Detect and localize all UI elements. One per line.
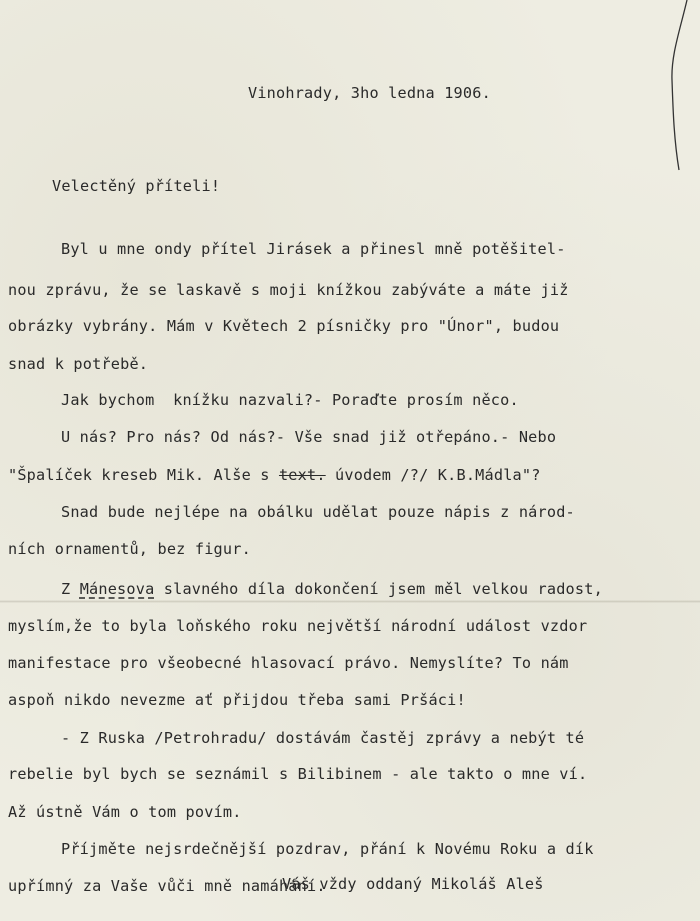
letter-dateline: Vinohrady, 3ho ledna 1906. — [248, 83, 491, 103]
letter-text: slavného díla dokončení jsem měl velkou … — [154, 580, 603, 598]
letter-line: - Z Ruska /Petrohradu/ dostávám častěj z… — [61, 728, 584, 748]
letter-line: myslím,že to byla loňského roku největší… — [8, 616, 587, 636]
letter-salutation: Velectěný příteli! — [52, 176, 220, 196]
letter-line: Byl u mne ondy přítel Jirásek a přinesl … — [61, 239, 566, 259]
letter-line: Jak bychom knížku nazvali?- Poraďte pros… — [61, 390, 519, 410]
letter-line: Snad bude nejlépe na obálku udělat pouze… — [61, 502, 575, 522]
letter-text: Z — [61, 580, 80, 598]
letter-line: aspoň nikdo nevezme ať přijdou třeba sam… — [8, 690, 466, 710]
letter-line: upřímný za Vaše vůči mně namáhání. — [8, 876, 326, 896]
paper-fold-line — [0, 600, 700, 603]
pencil-margin-mark — [665, 0, 695, 175]
letter-line: U nás? Pro nás? Od nás?- Vše snad již ot… — [61, 427, 556, 447]
letter-text: úvodem /?/ K.B.Mádla"? — [326, 466, 541, 484]
letter-line: ních ornamentů, bez figur. — [8, 539, 251, 559]
letter-line: Z Mánesova slavného díla dokončení jsem … — [61, 579, 603, 599]
letter-line: obrázky vybrány. Mám v Květech 2 písničk… — [8, 316, 559, 336]
letter-closing-signature: Váš vždy oddaný Mikoláš Aleš — [282, 874, 544, 894]
letter-line: manifestace pro všeobecné hlasovací práv… — [8, 653, 569, 673]
letter-line: rebelie byl bych se seznámil s Bilibinem… — [8, 764, 587, 784]
letter-line: Až ústně Vám o tom povím. — [8, 802, 242, 822]
underlined-word: Mánesova — [80, 580, 155, 598]
struck-out-word: text. — [279, 466, 326, 484]
letter-line: Příjměte nejsrdečnější pozdrav, přání k … — [61, 839, 594, 859]
letter-text: "Špalíček kreseb Mik. Alše s — [8, 466, 279, 484]
letter-line: snad k potřebě. — [8, 354, 148, 374]
letter-line: "Špalíček kreseb Mik. Alše s text. úvode… — [8, 465, 541, 485]
letter-line: nou zprávu, že se laskavě s moji knížkou… — [8, 280, 569, 300]
letter-page: Vinohrady, 3ho ledna 1906. Velectěný pří… — [0, 0, 700, 921]
